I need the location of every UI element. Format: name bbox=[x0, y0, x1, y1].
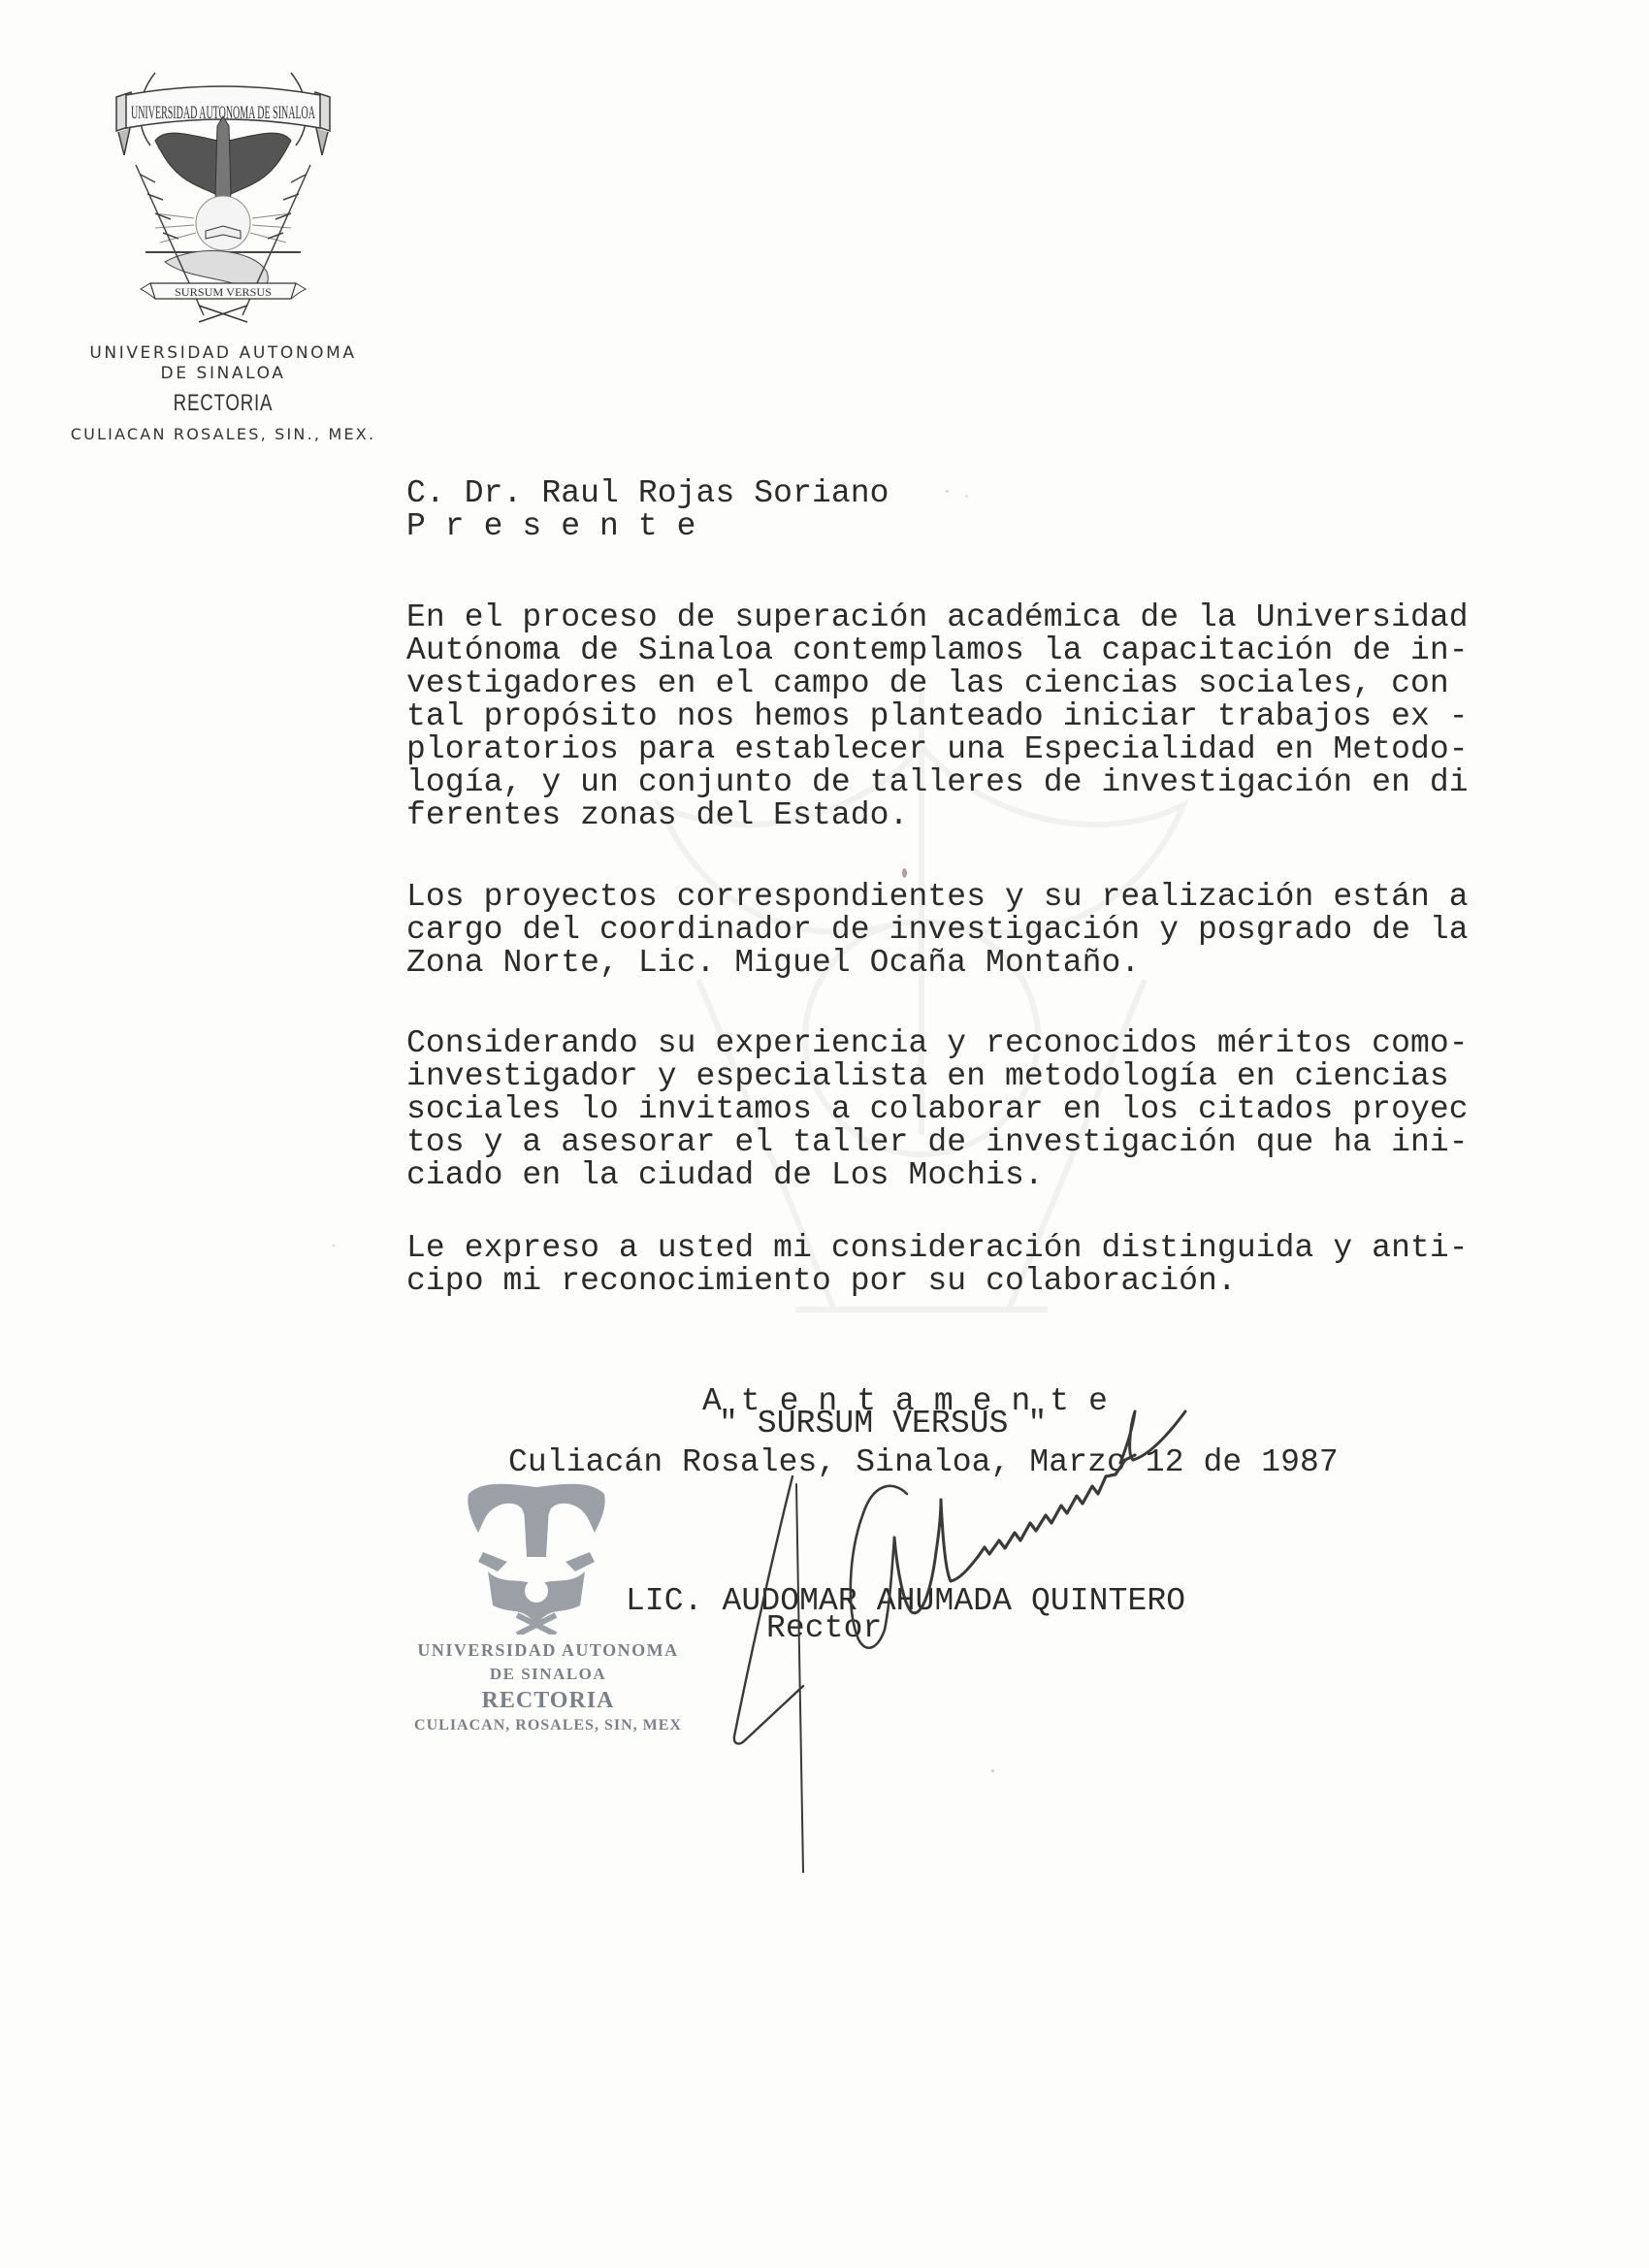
body-line: vestigadores en el campo de las ciencias… bbox=[406, 667, 1449, 700]
body-line: tal propósito nos hemos planteado inicia… bbox=[406, 700, 1469, 733]
paper-speck bbox=[333, 1245, 335, 1247]
body-line: ferentes zonas del Estado. bbox=[406, 799, 908, 832]
signatory-name: LIC. AUDOMAR AHUMADA QUINTERO bbox=[626, 1585, 1185, 1618]
closing-place-date: Culiacán Rosales, Sinaloa, Marzo 12 de 1… bbox=[508, 1446, 1339, 1479]
body-line: cargo del coordinador de investigación y… bbox=[406, 914, 1469, 947]
body-line: Le expreso a usted mi consideración dist… bbox=[406, 1232, 1469, 1265]
university-seal-icon: UNIVERSIDAD AUTONOMA DE SINALOA SURSUM V… bbox=[97, 68, 349, 325]
body-line: ploratorios para establecer una Especial… bbox=[406, 733, 1469, 766]
body-line: tos y a asesorar el taller de investigac… bbox=[406, 1126, 1469, 1159]
letterhead-office: RECTORIA bbox=[80, 390, 367, 417]
body-line: ciado en la ciudad de Los Mochis. bbox=[406, 1159, 1044, 1192]
rectoria-stamp-seal-icon bbox=[464, 1479, 609, 1635]
body-line: logía, y un conjunto de talleres de inve… bbox=[406, 766, 1469, 799]
stamp-office: RECTORIA bbox=[388, 1688, 708, 1714]
body-line: Autónoma de Sinaloa contemplamos la capa… bbox=[406, 634, 1469, 667]
svg-text:SURSUM VERSUS: SURSUM VERSUS bbox=[175, 285, 272, 299]
letter-page: UNIVERSIDAD AUTONOMA DE SINALOA SURSUM V… bbox=[0, 0, 1649, 2268]
stamp-university-name: UNIVERSIDAD AUTONOMA bbox=[388, 1640, 708, 1661]
letterhead-university-name: UNIVERSIDAD AUTONOMA bbox=[39, 343, 407, 363]
body-line: Los proyectos correspondientes y su real… bbox=[406, 881, 1469, 914]
body-line: Considerando su experiencia y reconocido… bbox=[406, 1027, 1469, 1060]
paper-speck bbox=[965, 495, 968, 498]
body-line: En el proceso de superación académica de… bbox=[406, 601, 1469, 634]
stamp-address: CULIACAN, ROSALES, SIN, MEX bbox=[388, 1717, 708, 1734]
body-line: investigador y especialista en metodolog… bbox=[406, 1060, 1449, 1093]
signatory-title: Rector bbox=[766, 1612, 882, 1645]
letterhead-address: CULIACAN ROSALES, SIN., MEX. bbox=[39, 425, 407, 443]
body-line: sociales lo invitamos a colaborar en los… bbox=[406, 1093, 1469, 1126]
recipient-greeting: P r e s e n t e bbox=[406, 510, 696, 543]
stamp-state: DE SINALOA bbox=[388, 1665, 708, 1684]
paper-speck bbox=[991, 1769, 994, 1772]
paper-speck bbox=[946, 490, 949, 493]
recipient-name: C. Dr. Raul Rojas Soriano bbox=[406, 477, 889, 510]
letterhead-state: DE SINALOA bbox=[39, 364, 407, 383]
ink-blot bbox=[902, 868, 907, 878]
body-line: cipo mi reconocimiento por su colaboraci… bbox=[406, 1265, 1237, 1298]
closing-motto: " SURSUM VERSUS " bbox=[719, 1408, 1047, 1441]
body-line: Zona Norte, Lic. Miguel Ocaña Montaño. bbox=[406, 947, 1140, 980]
